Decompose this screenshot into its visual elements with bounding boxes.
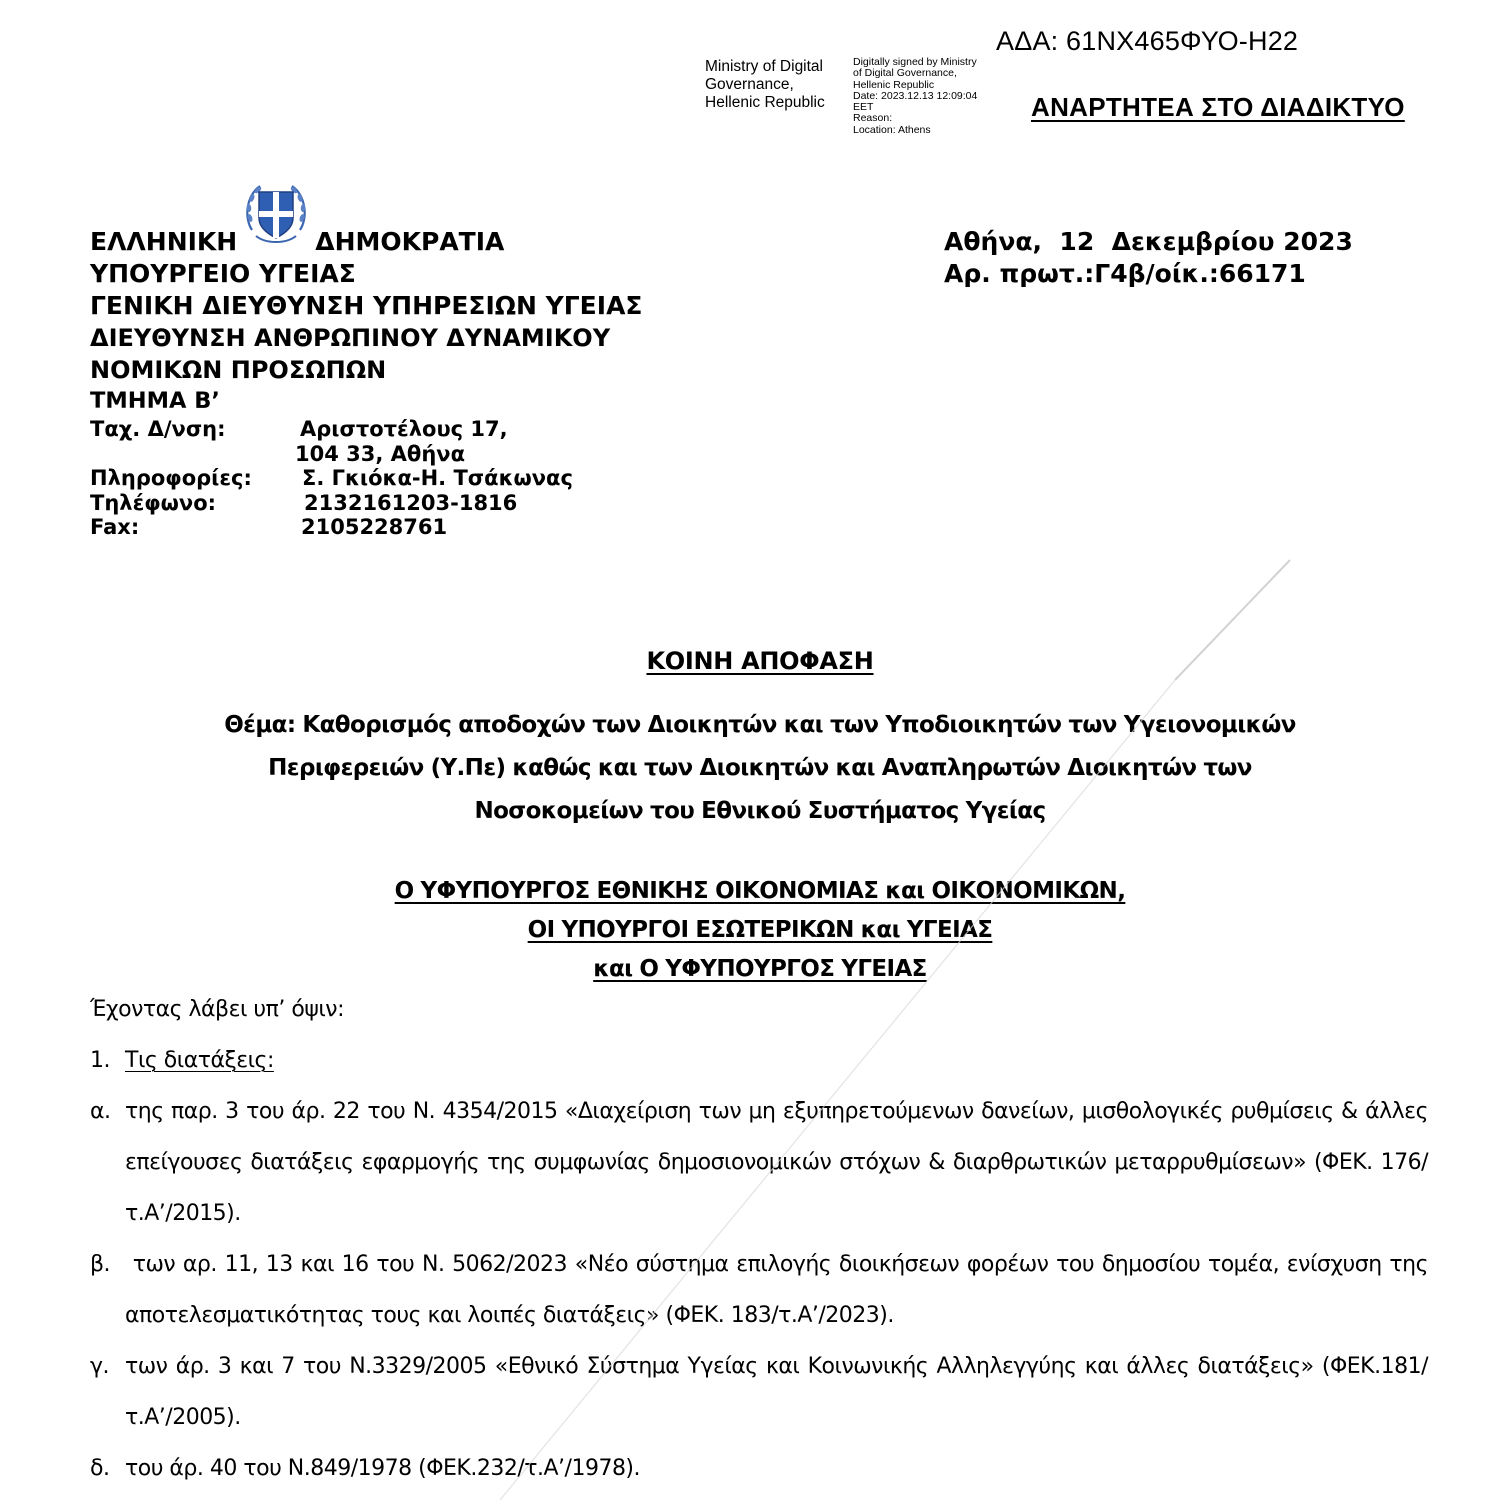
signatories-line: Ο ΥΦΥΠΟΥΡΓΟΣ ΕΘΝΙΚΗΣ ΟΙΚΟΝΟΜΙΑΣ και ΟΙΚΟ… <box>395 878 1126 904</box>
document-type-title: ΚΟΙΝΗ ΑΠΟΦΑΣΗ <box>90 647 1430 675</box>
considerations-intro: Έχοντας λάβει υπ’ όψιν: <box>90 984 1428 1035</box>
subject-line: Νοσοκομείων του Εθνικού Συστήματος Υγεία… <box>90 790 1430 833</box>
provision-item: α.της παρ. 3 του άρ. 22 του Ν. 4354/2015… <box>90 1086 1428 1239</box>
contact-label: Ταχ. Δ/νση: <box>90 417 300 442</box>
contact-row: Πληροφορίες: Σ. Γκιόκα-Η. Τσάκωνας <box>90 466 573 491</box>
contact-label <box>90 442 295 467</box>
subject-block: Θέμα: Καθορισμός αποδοχών των Διοικητών … <box>90 704 1430 833</box>
place-date: Αθήνα, 12 Δεκεμβρίου 2023 <box>944 226 1353 258</box>
signer-line: Governance, <box>705 76 825 94</box>
document-body: Έχοντας λάβει υπ’ όψιν: 1.Τις διατάξεις:… <box>90 984 1428 1494</box>
general-directorate: ΓΕΝΙΚΗ ΔΙΕΥΘΥΝΣΗ ΥΠΗΡΕΣΙΩΝ ΥΓΕΙΑΣ <box>90 290 643 322</box>
signatories-heading: Ο ΥΦΥΠΟΥΡΓΟΣ ΕΘΝΙΚΗΣ ΟΙΚΟΝΟΜΙΑΣ και ΟΙΚΟ… <box>90 872 1430 989</box>
contact-row: Τηλέφωνο: 2132161203-1816 <box>90 491 573 516</box>
contact-label: Fax: <box>90 515 301 540</box>
department-name: ΤΜΗΜΑ Β’ <box>90 386 643 416</box>
section-heading: 1.Τις διατάξεις: <box>90 1035 1428 1086</box>
subject-line: Περιφερειών (Υ.Πε) καθώς και των Διοικητ… <box>90 747 1430 790</box>
section-title: Τις διατάξεις: <box>125 1048 274 1073</box>
contact-label: Τηλέφωνο: <box>90 491 304 516</box>
protocol-number: Αρ. πρωτ.:Γ4β/οίκ.:66171 <box>944 258 1353 290</box>
item-text: του άρ. 40 του Ν.849/1978 (ΦΕΚ.232/τ.Α’/… <box>125 1456 640 1481</box>
item-label: β. <box>90 1239 125 1290</box>
contact-value: 2105228761 <box>301 515 447 540</box>
item-text: των αρ. 11, 13 και 16 του Ν. 5062/2023 «… <box>125 1252 1428 1328</box>
posting-notice: ΑΝΑΡΤΗΤΕΑ ΣΤΟ ΔΙΑΔΙΚΤΥΟ <box>1031 92 1405 123</box>
contact-value: 104 33, Αθήνα <box>295 442 465 467</box>
subject-line: Θέμα: Καθορισμός αποδοχών των Διοικητών … <box>90 704 1430 747</box>
contact-row: 104 33, Αθήνα <box>90 442 573 467</box>
directorate-line: ΔΙΕΥΘΥΝΣΗ ΑΝΘΡΩΠΙΝΟΥ ΔΥΝΑΜΙΚΟΥ <box>90 322 643 354</box>
signature-detail-line: of Digital Governance, <box>853 68 977 79</box>
contact-value: Αριστοτέλους 17, <box>300 417 508 442</box>
ada-number: ΑΔΑ: 61ΝΧ465ΦΥΟ-Η22 <box>996 26 1298 57</box>
issuer-header: ΕΛΛΗΝΙΚΗΔΗΜΟΚΡΑΤΙΑ ΥΠΟΥΡΓΕΙΟ ΥΓΕΙΑΣ ΓΕΝΙ… <box>90 226 643 416</box>
date-protocol-block: Αθήνα, 12 Δεκεμβρίου 2023 Αρ. πρωτ.:Γ4β/… <box>944 226 1353 290</box>
ministry-name: ΥΠΟΥΡΓΕΙΟ ΥΓΕΙΑΣ <box>90 258 643 290</box>
signatories-line: και Ο ΥΦΥΠΟΥΡΓΟΣ ΥΓΕΙΑΣ <box>593 956 927 982</box>
country-word: ΔΗΜΟΚΡΑΤΙΑ <box>315 226 504 258</box>
item-label: γ. <box>90 1341 125 1392</box>
signer-line: Ministry of Digital <box>705 58 825 76</box>
contact-label: Πληροφορίες: <box>90 466 302 491</box>
item-label: α. <box>90 1086 125 1137</box>
contact-row: Ταχ. Δ/νση: Αριστοτέλους 17, <box>90 417 573 442</box>
signatories-line: ΟΙ ΥΠΟΥΡΓΟΙ ΕΣΩΤΕΡΙΚΩΝ και ΥΓΕΙΑΣ <box>528 917 993 943</box>
contact-value: Σ. Γκιόκα-Η. Τσάκωνας <box>302 466 573 491</box>
item-label: δ. <box>90 1443 125 1494</box>
contact-value: 2132161203-1816 <box>304 491 517 516</box>
section-number: 1. <box>90 1035 125 1086</box>
signature-signer: Ministry of Digital Governance, Hellenic… <box>705 58 825 112</box>
signer-line: Hellenic Republic <box>705 94 825 112</box>
item-text: της παρ. 3 του άρ. 22 του Ν. 4354/2015 «… <box>125 1099 1428 1226</box>
country-line: ΕΛΛΗΝΙΚΗΔΗΜΟΚΡΑΤΙΑ <box>90 226 643 258</box>
item-text: των άρ. 3 και 7 του Ν.3329/2005 «Εθνικό … <box>125 1354 1428 1430</box>
provision-item: β. των αρ. 11, 13 και 16 του Ν. 5062/202… <box>90 1239 1428 1341</box>
directorate-line: ΝΟΜΙΚΩΝ ΠΡΟΣΩΠΩΝ <box>90 354 643 386</box>
document-type-text: ΚΟΙΝΗ ΑΠΟΦΑΣΗ <box>646 647 873 675</box>
provision-item: γ.των άρ. 3 και 7 του Ν.3329/2005 «Εθνικ… <box>90 1341 1428 1443</box>
country-word: ΕΛΛΗΝΙΚΗ <box>90 227 237 256</box>
signature-details: Digitally signed by Ministry of Digital … <box>853 57 977 136</box>
contact-block: Ταχ. Δ/νση: Αριστοτέλους 17, 104 33, Αθή… <box>90 417 573 540</box>
contact-row: Fax: 2105228761 <box>90 515 573 540</box>
provision-item: δ.του άρ. 40 του Ν.849/1978 (ΦΕΚ.232/τ.Α… <box>90 1443 1428 1494</box>
signature-detail-line: Location: Athens <box>853 125 977 136</box>
